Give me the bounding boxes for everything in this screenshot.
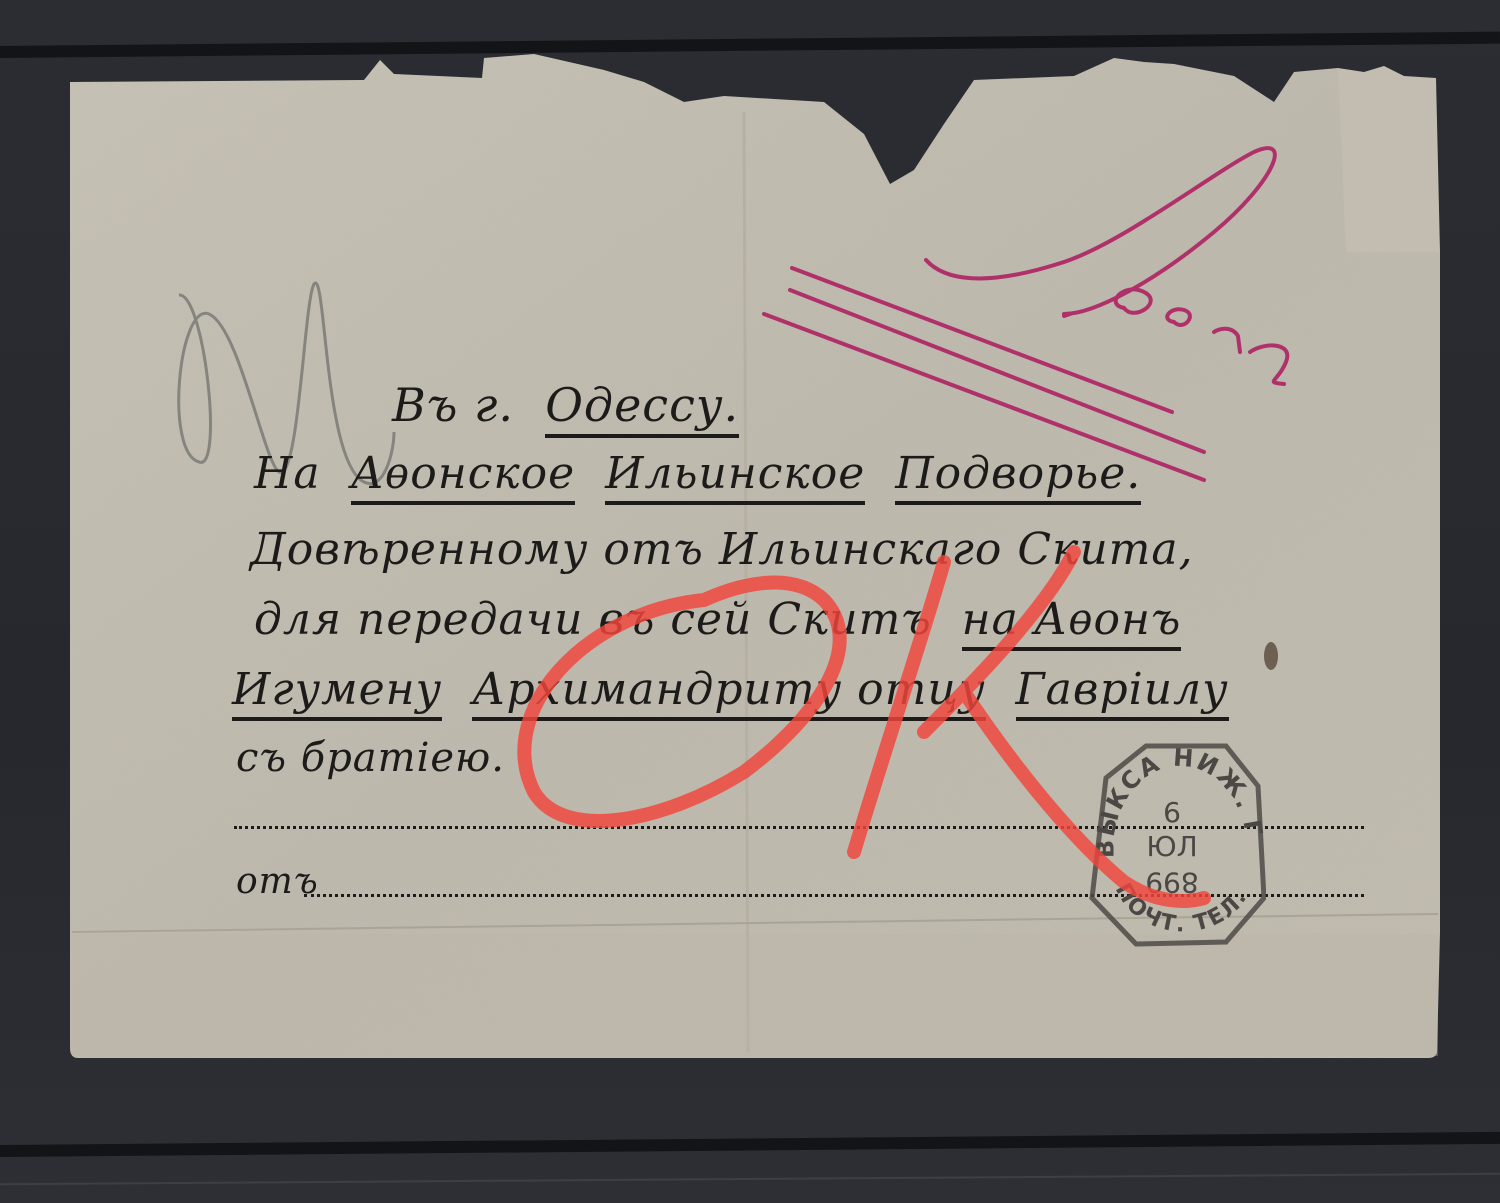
address-line-5: Игумену Архимандриту отцу Гавріилу	[232, 668, 1229, 712]
address-prefix: Въ г.	[392, 378, 514, 432]
address-line-6: съ братіею.	[236, 738, 505, 778]
address-word: Гавріилу	[1016, 664, 1229, 721]
address-word: Игумену	[232, 664, 442, 721]
postmark-month: ЮЛ	[1082, 830, 1262, 863]
address-line-3: Довѣренному отъ Ильинскаго Скита,	[250, 528, 1194, 572]
city-name: Одессу.	[545, 378, 739, 438]
address-prefix: На	[254, 448, 321, 499]
postmark: ВЫКСА НИЖ. ГУБ. ПОЧТ. ТЕЛ. КОНТ. 6 ЮЛ 89…	[1086, 738, 1266, 948]
address-word: Архимандриту отцу	[472, 664, 985, 721]
address-word: Ильинское	[605, 448, 865, 505]
address-line-2: На Аѳонское Ильинское Подворье.	[254, 452, 1141, 496]
address-word: Подворье.	[895, 448, 1141, 505]
address-word: на Аѳонъ	[962, 594, 1182, 651]
address-line-1: Въ г. Одессу.	[392, 382, 739, 428]
postmark-year: 899	[1082, 866, 1262, 899]
address-line-4: для передачи въ сей Скитъ на Аѳонъ	[254, 598, 1181, 642]
address-text: для передачи въ сей Скитъ	[254, 594, 932, 645]
address-word: Аѳонское	[351, 448, 576, 505]
postmark-day: 6	[1082, 796, 1262, 829]
envelope: Въ г. Одессу. На Аѳонское Ильинское Подв…	[64, 52, 1441, 1060]
ink-blot	[1264, 642, 1278, 670]
